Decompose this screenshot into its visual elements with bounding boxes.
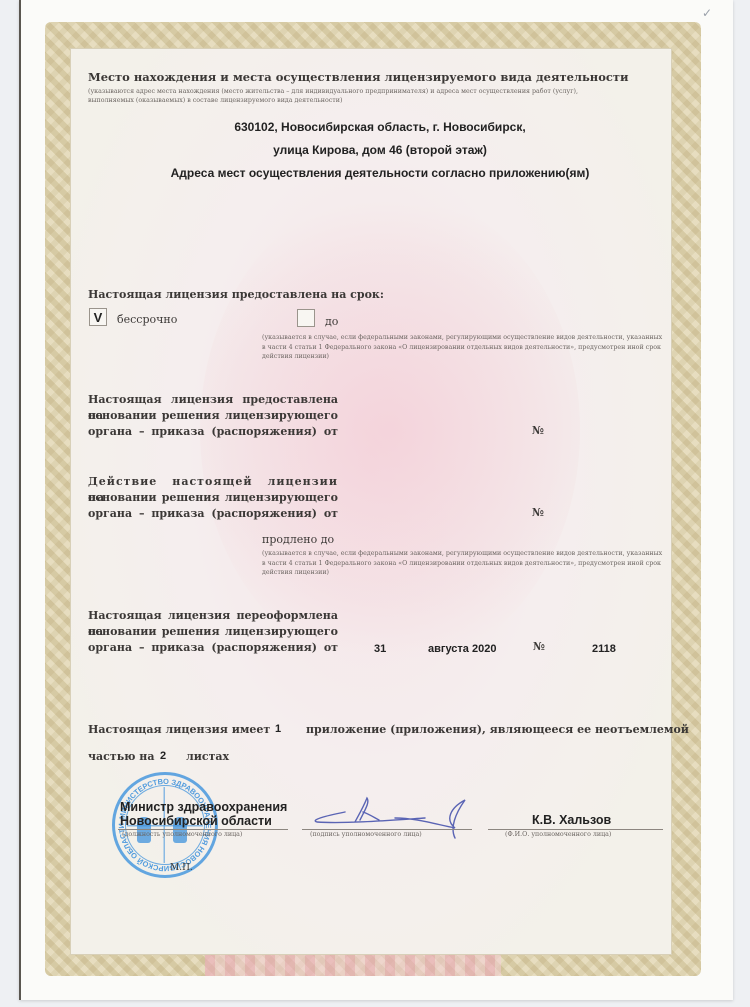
appendix-line2-before: частью на bbox=[88, 750, 154, 763]
position-line-2: Новосибирской области bbox=[120, 814, 272, 828]
signature-caption: (подпись уполномоченного лица) bbox=[310, 830, 422, 840]
sheet-count: 2 bbox=[160, 750, 166, 762]
appendix-line2-after: листах bbox=[186, 750, 229, 763]
checkbox-unlimited[interactable]: V bbox=[89, 308, 107, 326]
appendix-text-before: Настоящая лицензия имеет bbox=[88, 723, 270, 736]
appendix-count: 1 bbox=[275, 723, 281, 735]
extension-note: (указывается в случае, если федеральными… bbox=[262, 549, 667, 578]
location-note-2: выполняемых (оказываемых) в составе лице… bbox=[88, 96, 668, 106]
position-line-1: Министр здравоохранения bbox=[120, 800, 287, 814]
address-line-2: улица Кирова, дом 46 (второй этаж) bbox=[80, 143, 680, 157]
reissue-day: 31 bbox=[374, 643, 386, 655]
signatory-name: К.В. Хальзов bbox=[532, 813, 611, 827]
reissue-line-2: основании решения лицензирующего bbox=[88, 624, 338, 640]
term-note: (указывается в случае, если федеральными… bbox=[262, 333, 667, 362]
reissue-month-year: августа 2020 bbox=[428, 643, 496, 655]
address-line-3: Адреса мест осуществления деятельности с… bbox=[80, 166, 680, 180]
reissue-number: 2118 bbox=[592, 643, 616, 655]
term-heading: Настоящая лицензия предоставлена на срок… bbox=[88, 288, 384, 301]
label-unlimited: бессрочно bbox=[117, 313, 177, 326]
reissue-number-label: № bbox=[533, 640, 545, 653]
name-caption: (Ф.И.О. уполномоченного лица) bbox=[505, 830, 611, 840]
basis-line-3: органа – приказа (распоряжения) от bbox=[88, 424, 338, 440]
extension-number-label: № bbox=[532, 506, 544, 519]
seal-label: М.П. bbox=[170, 863, 193, 873]
location-heading: Место нахождения и места осуществления л… bbox=[88, 70, 629, 84]
label-until: до bbox=[325, 315, 338, 328]
corner-tick-icon: ✓ bbox=[702, 6, 712, 20]
extended-until-label: продлено до bbox=[262, 533, 334, 546]
basis-number-label: № bbox=[532, 424, 544, 437]
reissue-line-3: органа – приказа (распоряжения) от bbox=[88, 640, 338, 656]
extension-line-2: основании решения лицензирующего bbox=[88, 490, 338, 506]
position-caption: (должность уполномоченного лица) bbox=[122, 830, 242, 840]
basis-line-2: основании решения лицензирующего bbox=[88, 408, 338, 424]
extension-line-3: органа – приказа (распоряжения) от bbox=[88, 506, 338, 522]
checkbox-until[interactable] bbox=[297, 309, 315, 327]
address-line-1: 630102, Новосибирская область, г. Новоси… bbox=[80, 120, 680, 134]
appendix-text-after: приложение (приложения), являющееся ее н… bbox=[306, 723, 689, 736]
